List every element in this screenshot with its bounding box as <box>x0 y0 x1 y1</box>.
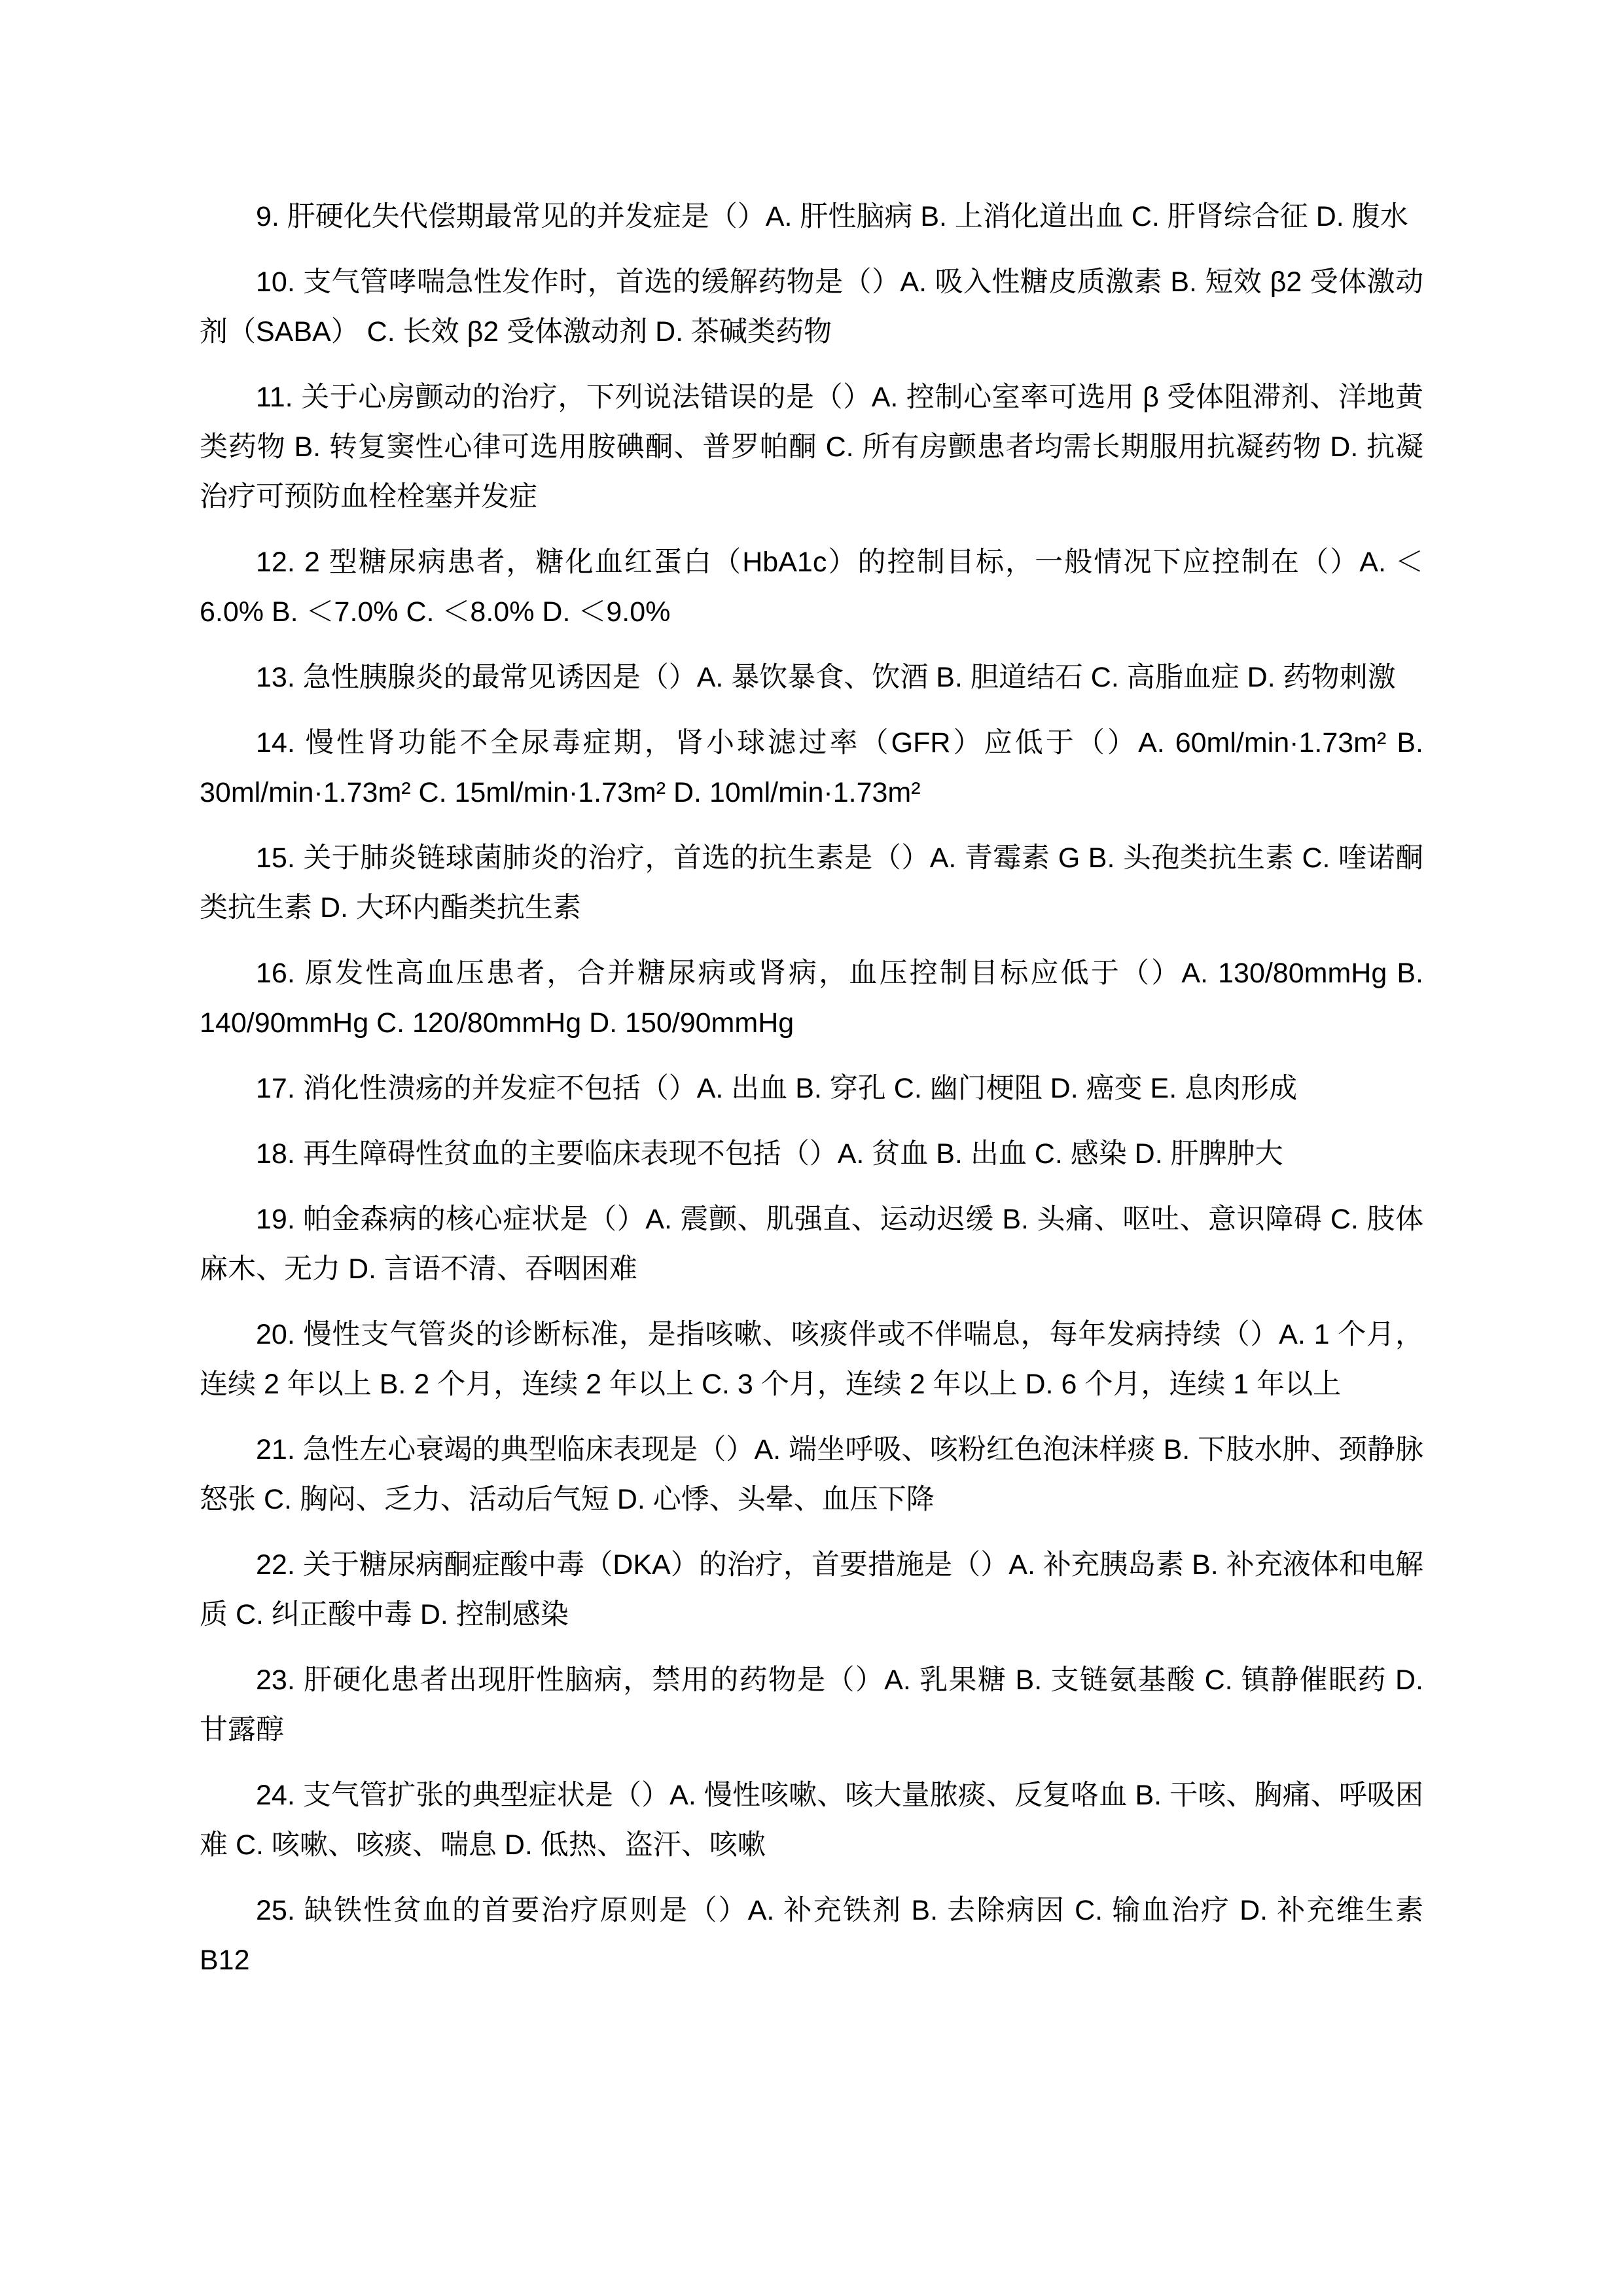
question-23: 23. 肝硬化患者出现肝性脑病，禁用的药物是（）A. 乳果糖 B. 支链氨基酸 … <box>200 1655 1423 1755</box>
question-21: 21. 急性左心衰竭的典型临床表现是（）A. 端坐呼吸、咳粉红色泡沫样痰 B. … <box>200 1425 1423 1524</box>
question-25: 25. 缺铁性贫血的首要治疗原则是（）A. 补充铁剂 B. 去除病因 C. 输血… <box>200 1886 1423 1985</box>
question-24: 24. 支气管扩张的典型症状是（）A. 慢性咳嗽、咳大量脓痰、反复咯血 B. 干… <box>200 1770 1423 1870</box>
question-11: 11. 关于心房颤动的治疗，下列说法错误的是（）A. 控制心室率可选用 β 受体… <box>200 372 1423 522</box>
question-12: 12. 2 型糖尿病患者，糖化血红蛋白（HbA1c）的控制目标，一般情况下应控制… <box>200 537 1423 637</box>
question-20: 20. 慢性支气管炎的诊断标准，是指咳嗽、咳痰伴或不伴喘息，每年发病持续（）A.… <box>200 1310 1423 1409</box>
question-13: 13. 急性胰腺炎的最常见诱因是（）A. 暴饮暴食、饮酒 B. 胆道结石 C. … <box>200 653 1423 702</box>
question-15: 15. 关于肺炎链球菌肺炎的治疗，首选的抗生素是（）A. 青霉素 G B. 头孢… <box>200 833 1423 933</box>
document-page: 9. 肝硬化失代偿期最常见的并发症是（）A. 肝性脑病 B. 上消化道出血 C.… <box>0 0 1623 2296</box>
question-14: 14. 慢性肾功能不全尿毒症期，肾小球滤过率（GFR）应低于（）A. 60ml/… <box>200 718 1423 817</box>
question-18: 18. 再生障碍性贫血的主要临床表现不包括（）A. 贫血 B. 出血 C. 感染… <box>200 1129 1423 1179</box>
question-10: 10. 支气管哮喘急性发作时，首选的缓解药物是（）A. 吸入性糖皮质激素 B. … <box>200 257 1423 357</box>
question-list: 9. 肝硬化失代偿期最常见的并发症是（）A. 肝性脑病 B. 上消化道出血 C.… <box>200 192 1423 2001</box>
question-9: 9. 肝硬化失代偿期最常见的并发症是（）A. 肝性脑病 B. 上消化道出血 C.… <box>200 192 1423 242</box>
question-19: 19. 帕金森病的核心症状是（）A. 震颤、肌强直、运动迟缓 B. 头痛、呕吐、… <box>200 1194 1423 1294</box>
question-17: 17. 消化性溃疡的并发症不包括（）A. 出血 B. 穿孔 C. 幽门梗阻 D.… <box>200 1064 1423 1113</box>
question-22: 22. 关于糖尿病酮症酸中毒（DKA）的治疗，首要措施是（）A. 补充胰岛素 B… <box>200 1540 1423 1640</box>
question-16: 16. 原发性高血压患者，合并糖尿病或肾病，血压控制目标应低于（）A. 130/… <box>200 948 1423 1048</box>
